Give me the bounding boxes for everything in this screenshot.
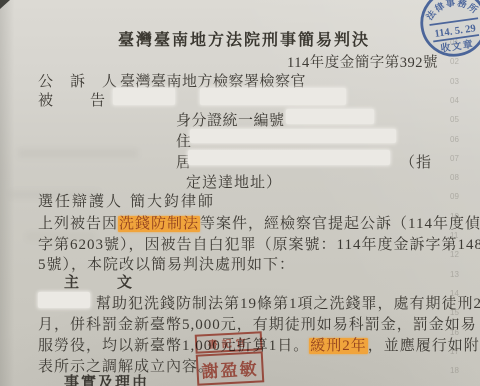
line-number: 04 [450,96,459,105]
highlight-probation: 緩刑2年 [309,338,368,354]
line-number: 01 [450,38,459,47]
line-number: 13 [450,270,459,279]
line-number: 18 [450,366,459,375]
verdict-line-3-pre: 服勞役，均以新臺幣1,000元折算1日。 [38,338,309,354]
receipt-stamp: 法律事務所 114. 5. 29 收文章 [414,0,480,63]
defense-counsel-name: 簡大鈞律師 [130,190,215,211]
line-number: 08 [450,173,459,182]
line-number: 11 [450,231,458,240]
intro-line-1-post: 等案件，經檢察官提起公訴（114年度偵 [200,216,480,232]
line-number: 07 [450,154,459,163]
intro-line-2: 字第6203號），因被告自白犯罪（原案號：114年度金訴字第148 [38,233,480,254]
scan-corner-artifact [0,0,10,9]
address-note-wrap: 定送達地址） [186,171,282,192]
line-number: 17 [450,347,459,356]
line-number: 05 [450,115,459,124]
verdict-line-1: 幫助犯洗錢防制法第19條第1項之洗錢罪，處有期徒刑2 [96,292,480,313]
bleed-through-smudge [18,148,138,158]
redaction-residence [190,129,396,143]
address-note-open: （指 [400,151,432,172]
receipt-stamp-graphic: 法律事務所 114. 5. 29 收文章 [414,0,480,63]
verdict-line-3-post: ，並應履行如附 [368,338,480,354]
redaction-defendant-name-2 [200,88,346,105]
line-number: 02 [450,57,459,66]
line-number: 12 [450,250,459,259]
document-title: 臺灣臺南地方法院刑事簡易判決 [118,27,370,50]
main-text-header: 主文 [64,271,170,292]
facts-header: 事實及理由 [64,371,149,386]
redaction-domicile [188,150,390,165]
clerk-seal-title: 書記官 [195,331,263,353]
line-number: 10 [450,212,459,221]
redaction-id-number [286,109,374,124]
line-number: 03 [450,77,459,86]
intro-line-1: 上列被告因洗錢防制法等案件，經檢察官提起公訴（114年度偵 [38,212,480,233]
highlight-statute: 洗錢防制法 [118,216,200,232]
case-number: 114年度金簡字第392號 [287,51,438,72]
clerk-seal: 書記官 謝盈敏 [195,331,265,385]
line-number: 09 [450,192,459,201]
line-number: 06 [450,135,459,144]
line-number: 16 [450,328,459,337]
redaction-defendant-name [113,88,175,105]
scanned-judgment-page: 臺灣臺南地方法院刑事簡易判決 114年度金簡字第392號 公訴人 臺灣臺南地方檢… [0,0,480,386]
line-number: 14 [450,289,459,298]
id-number-label: 身分證統一編號 [176,109,285,130]
clerk-seal-name: 謝盈敏 [196,351,265,385]
defense-counsel-label: 選任辯護人 [38,190,123,211]
line-number: 15 [450,308,459,317]
redaction-defendant-in-verdict [38,292,90,308]
intro-line-1-pre: 上列被告因 [38,216,118,232]
